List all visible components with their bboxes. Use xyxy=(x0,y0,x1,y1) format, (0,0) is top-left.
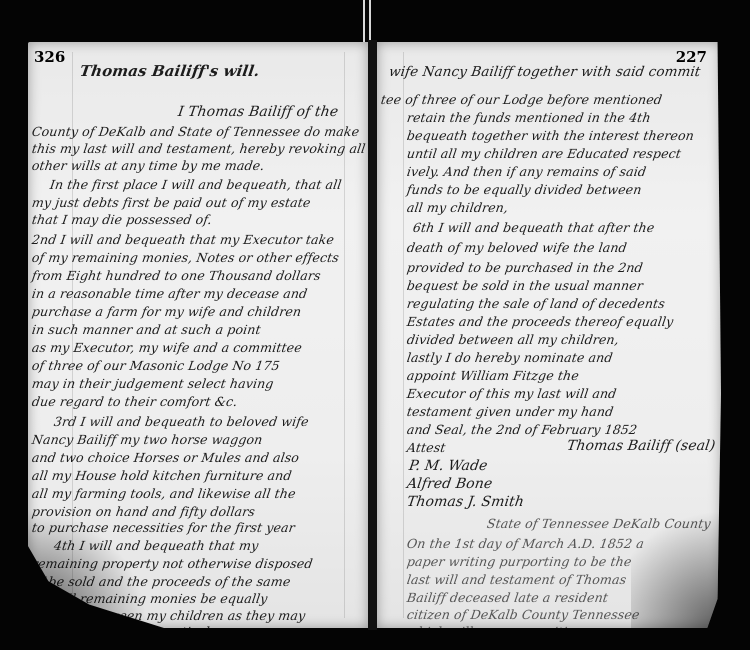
text-line: bequest be sold in the usual manner xyxy=(406,278,644,293)
text-line: tee of three of our Lodge before mention… xyxy=(380,92,663,107)
text-line: 2nd I will and bequeath that my Executor… xyxy=(31,232,335,247)
text-line: in a reasonable time after my decease an… xyxy=(31,286,308,301)
probate-line: last will and testament of Thomas xyxy=(406,572,627,587)
text-line: Nancy Bailiff my two horse waggon xyxy=(31,432,264,447)
text-line: death of my beloved wife the land xyxy=(406,240,628,255)
attest-label: Attest xyxy=(406,440,447,455)
probate-line: citizen of DeKalb County Tennessee xyxy=(406,607,641,622)
text-line: divided between all my children, xyxy=(406,332,620,347)
text-line: provided to be purchased in the 2nd xyxy=(406,260,644,275)
left-page: 326 Thomas Bailiff's will. I Thomas Bail… xyxy=(28,42,368,628)
binding-gutter xyxy=(368,40,377,630)
text-line: as my Executor, my wife and a committee xyxy=(31,340,303,355)
testator-signature: Thomas Bailiff (seal) xyxy=(566,438,716,454)
text-line: of three of our Masonic Lodge No 175 xyxy=(31,358,281,373)
text-line: all my House hold kitchen furniture and xyxy=(31,468,293,483)
text-line: testament given under my hand xyxy=(406,404,615,419)
film-mark xyxy=(363,0,365,48)
text-line: 3rd I will and bequeath to beloved wife xyxy=(53,414,310,429)
text-line: this my last will and testament, hereby … xyxy=(31,141,367,156)
text-line: and Seal, the 2nd of February 1852 xyxy=(406,422,638,437)
probate-line: which will or paper writing was xyxy=(406,624,614,628)
text-line: bequeath together with the interest ther… xyxy=(406,128,695,143)
text-line: my just debts first be paid out of my es… xyxy=(31,195,312,210)
text-line: retain the funds mentioned in the 4th xyxy=(406,110,652,125)
text-line: wife Nancy Bailiff together with said co… xyxy=(388,64,702,80)
witness-signature: P. M. Wade xyxy=(408,458,489,474)
text-line: and two choice Horses or Mules and also xyxy=(31,450,300,465)
text-line: other wills at any time by me made. xyxy=(31,158,266,173)
text-line: lastly I do hereby nominate and xyxy=(406,350,614,365)
will-title: Thomas Bailiff's will. xyxy=(79,62,261,80)
text-line: In the first place I will and bequeath, … xyxy=(49,177,343,192)
text-line: purchase a farm for my wife and children xyxy=(31,304,302,319)
text-line: all my children, xyxy=(406,200,509,215)
text-line: due regard to their comfort &c. xyxy=(31,394,238,409)
text-line: until all my children are Educated respe… xyxy=(406,146,682,161)
text-line: of my remaining monies, Notes or other e… xyxy=(31,250,340,265)
text-line: that I may die possessed of. xyxy=(31,212,213,227)
text-line: all my farming tools, and likewise all t… xyxy=(31,486,297,501)
witness-signature: Thomas J. Smith xyxy=(406,494,525,510)
witness-signature: Alfred Bone xyxy=(406,476,494,492)
text-line: I Thomas Bailiff of the xyxy=(177,104,339,120)
text-line: may in their judgement select having xyxy=(31,376,275,391)
right-page: 227 wife Nancy Bailiff together with sai… xyxy=(377,42,721,628)
text-line: County of DeKalb and State of Tennessee … xyxy=(31,124,360,139)
text-line: funds to be equally divided between xyxy=(406,182,643,197)
page-edge-shadow xyxy=(631,488,721,628)
page-number: 326 xyxy=(34,48,65,66)
text-line: in such manner and at such a point xyxy=(31,322,262,337)
probate-line: paper writing purporting to be the xyxy=(406,554,633,569)
text-line: regulating the sale of land of decedents xyxy=(406,296,666,311)
probate-line: On the 1st day of March A.D. 1852 a xyxy=(406,536,645,551)
text-line: Executor of this my last will and xyxy=(406,386,618,401)
text-line: ively. And then if any remains of said xyxy=(406,164,647,179)
text-line: Estates and the proceeds thereof equally xyxy=(406,314,674,329)
margin-rule xyxy=(403,52,404,618)
text-line: from Eight hundred to one Thousand dolla… xyxy=(31,268,322,283)
text-line: 6th I will and bequeath that after the xyxy=(412,220,656,235)
probate-line: Bailiff deceased late a resident xyxy=(406,590,609,605)
text-line: appoint William Fitzge the xyxy=(406,368,580,383)
